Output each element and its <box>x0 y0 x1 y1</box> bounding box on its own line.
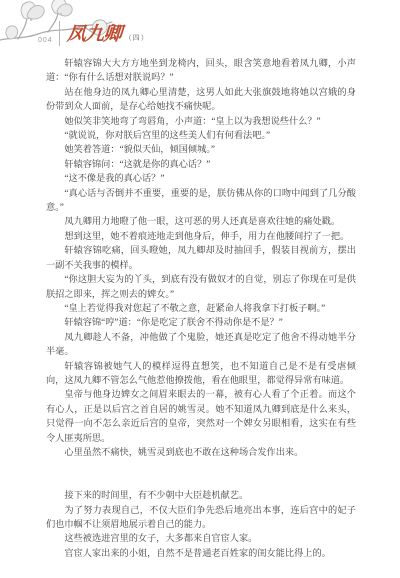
paragraph: 轩辕容锦被她气人的模样逗得直想笑，也不知道自己是不是有受虐倾向，这凤九卿不管怎么… <box>46 359 356 388</box>
paragraph: 官宦人家出来的小姐，自然不是普通老百姓家的闺女能比得上的。 <box>46 546 356 560</box>
paragraph: 想到这里，她不着痕迹地走到他身后，伸手，用力在他腰间拧了一把。 <box>46 229 356 243</box>
paragraph: 她笑着答道：“貌似天仙，倾国倾城。” <box>46 142 356 156</box>
page-text: 轩辕容锦大大方方地坐到龙椅内，回头，眼含笑意地看着凤九卿，小声道：“你有什么话想… <box>46 56 356 560</box>
paragraph: 站在他身边的凤九卿心里清楚，这男人如此大张旗鼓地将她以宫娥的身份带到众人面前，是… <box>46 85 356 114</box>
paragraph: 轩辕容锦吃痛，回头瞪她，凤九卿却及时抽回手，假装目视前方，摆出一副不关我事的模样… <box>46 243 356 272</box>
header-divider <box>59 21 60 46</box>
text-section-2: 接下来的时间里，有不少朝中大臣趁机献艺。为了努力表现自己，不仅大臣们争先恐后地亮… <box>46 488 356 560</box>
page-header: 004 凤九卿 （四） <box>38 18 149 46</box>
paragraph: 轩辕容锦问：“这就是你的真心话？” <box>46 157 356 171</box>
paragraph: 为了努力表现自己，不仅大臣们争先恐后地亮出本事，连后宫中的妃子们也巾帼不让须眉地… <box>46 503 356 532</box>
page-number: 004 <box>38 37 53 44</box>
book-page: 004 凤九卿 （四） 轩辕容锦大大方方地坐到龙椅内，回头，眼含笑意地看着凤九卿… <box>0 0 400 578</box>
paragraph: “皇上若觉得我对您起了不敬之意，赶紧命人将我拿下打板子啊。” <box>46 301 356 315</box>
paragraph: 皇帝与他身边婢女之间眉来眼去的一幕，被有心人看了个正着。而这个有心人，正是以后宫… <box>46 387 356 445</box>
paragraph: “这不像是我的真心话？” <box>46 171 356 185</box>
section-break <box>46 459 356 488</box>
book-title: 凤九卿 <box>66 24 122 46</box>
paragraph: “你这胆大妄为的丫头，到底有没有做奴才的自觉，别忘了你现在可是供朕招之即来，挥之… <box>46 272 356 301</box>
paragraph: 这些被选进宫里的女子，大多都来自官宦人家。 <box>46 531 356 545</box>
text-section-1: 轩辕容锦大大方方地坐到龙椅内，回头，眼含笑意地看着凤九卿，小声道：“你有什么话想… <box>46 56 356 459</box>
paragraph: 她似笑非笑地弯了弯唇角，小声道：“皇上以为我想说些什么？” <box>46 114 356 128</box>
paragraph: 凤九卿用力地瞪了他一眼，这可恶的男人还真是喜欢往她的痛处戳。 <box>46 214 356 228</box>
paragraph: 轩辕容锦大大方方地坐到龙椅内，回头，眼含笑意地看着凤九卿，小声道：“你有什么话想… <box>46 56 356 85</box>
paragraph: 接下来的时间里，有不少朝中大臣趁机献艺。 <box>46 488 356 502</box>
paragraph: 心里虽然不痛快，姚雪灵到底也不敢在这种场合发作出来。 <box>46 445 356 459</box>
paragraph: “真心话与否倒并不重要，重要的是，朕仿佛从你的口吻中闻到了几分酸意。” <box>46 186 356 215</box>
paragraph: “就说说，你对朕后宫里的这些美人们有何看法吧。” <box>46 128 356 142</box>
book-title-volume: （四） <box>125 33 149 43</box>
paragraph: 轩辕容锦“哼”道：“你是吃定了朕舍不得动你是不是？” <box>46 315 356 329</box>
paragraph: 凤九卿趁人不备，冲他做了个鬼脸，她还真是吃定了他舍不得动她半分半毫。 <box>46 330 356 359</box>
